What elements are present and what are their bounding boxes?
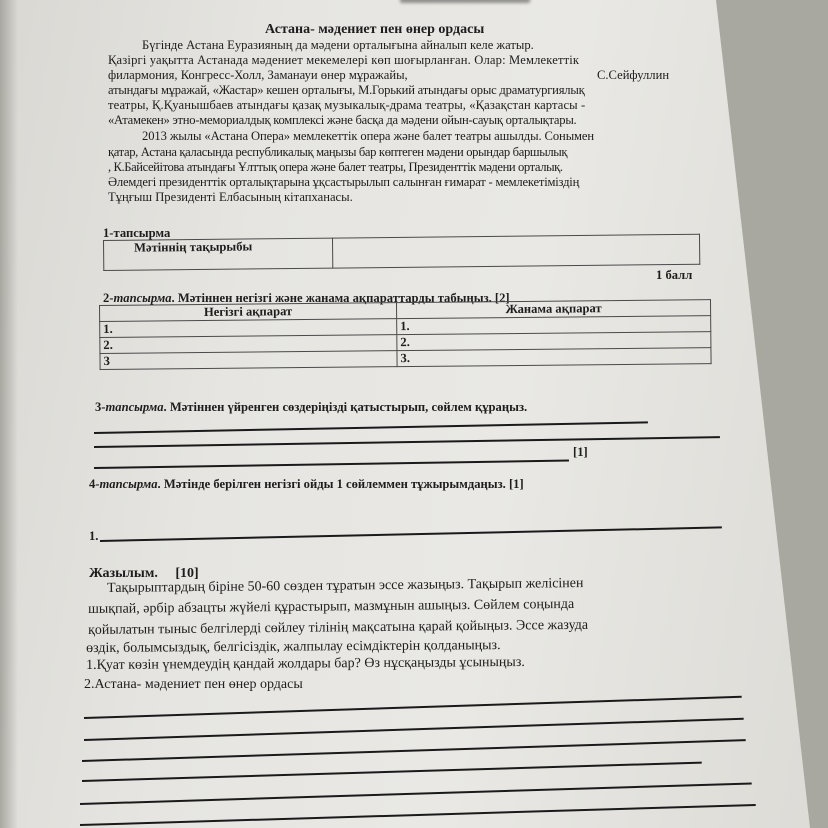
writing-points: [10]: [175, 566, 198, 581]
task3-heading-italic: тапсырма: [106, 400, 164, 414]
document-title: Астана- мәдениет пен өнер ордасы: [265, 22, 484, 38]
paragraph-line: қатар, Астана қаласында республикалық ма…: [108, 145, 567, 160]
task3-heading: 3-тапсырма. Мәтіннен үйренген сөздеріңіз…: [95, 400, 527, 415]
paragraph-line: Қазіргі уақытта Астанада мәдениет мекеме…: [108, 53, 579, 68]
paragraph-line: атындағы мұражай, «Жастар» кешен орталығ…: [108, 83, 585, 98]
task4-heading-num: 4-: [89, 477, 100, 491]
answer-line[interactable]: [94, 421, 648, 433]
task1-points: 1 балл: [656, 268, 692, 283]
answer-line[interactable]: [84, 696, 742, 719]
answer-line[interactable]: [100, 526, 722, 541]
paragraph-line: филармония, Конгресс-Холл, Заманауи өнер…: [108, 68, 408, 83]
writing-instruction-line: өздік, болымсыздық, белгісіздік, жалпыла…: [86, 638, 501, 657]
paragraph-line: «Атамекен» этно-мемориалдық комплексі жә…: [108, 113, 576, 128]
essay-topic: 1.Қуат көзін үнемдеудің қандай жолдары б…: [86, 655, 525, 674]
paragraph-line-right: С.Сейфуллин: [597, 68, 669, 83]
task3-points: [1]: [573, 445, 588, 460]
paragraph-line: 2013 жылы «Астана Опера» мемлекеттік опе…: [142, 129, 594, 144]
paragraph-line: Бүгінде Астана Еуразияның да мәдени орта…: [142, 38, 534, 53]
answer-line[interactable]: [82, 739, 746, 761]
task2-heading-italic: тапсырма: [114, 291, 172, 305]
answer-line[interactable]: [80, 804, 756, 826]
task2-side-cell[interactable]: 3.: [397, 348, 711, 367]
worksheet: Астана- мәдениет пен өнер ордасы Бүгінде…: [0, 0, 828, 828]
task3-heading-num: 3-: [95, 400, 106, 414]
task2-table: Негізгі ақпарат Жанама ақпарат 1. 1. 2. …: [99, 299, 712, 370]
essay-topic: 2.Астана- мәдениет пен өнер ордасы: [84, 677, 303, 693]
task1-label-cell: Мәтіннің тақырыбы: [104, 238, 333, 270]
task2-heading-num: 2-: [103, 291, 114, 305]
task4-heading: 4-тапсырма. Мәтінде берілген негізгі ойд…: [89, 477, 524, 492]
paragraph-line: Әлемдегі президенттік орталықтарына ұқса…: [108, 175, 579, 190]
answer-line[interactable]: [80, 782, 752, 804]
writing-instruction-line: шықпай, әрбір абзацты жүйелі құрастырып,…: [88, 597, 574, 618]
paragraph-line: Тұңғыш Президенті Елбасының кітапханасы.: [108, 190, 353, 205]
task3-heading-text: . Мәтіннен үйренген сөздеріңізді қатысты…: [164, 400, 528, 414]
answer-line[interactable]: [94, 460, 569, 469]
task2-main-cell[interactable]: 3: [100, 351, 397, 370]
answer-line[interactable]: [94, 436, 720, 447]
answer-line[interactable]: [84, 718, 744, 741]
writing-title: Жазылым.: [89, 566, 158, 581]
task1-table: Мәтіннің тақырыбы: [103, 234, 700, 271]
task4-answer-number: 1.: [89, 529, 98, 544]
writing-instruction-line: қойылатын тыныс белгілерді сөйлеу тіліні…: [88, 618, 588, 639]
task4-heading-text: . Мәтінде берілген негізгі ойды 1 сөйлем…: [158, 477, 524, 491]
task1-answer-cell[interactable]: [332, 234, 699, 268]
answer-line[interactable]: [82, 762, 702, 782]
paragraph-line: , К.Байсейітова атындағы Ұлттық опера жә…: [108, 160, 563, 175]
task4-heading-italic: тапсырма: [100, 477, 158, 491]
paragraph-line: театры, Қ.Қуанышбаев атындағы қазақ музы…: [108, 98, 585, 113]
